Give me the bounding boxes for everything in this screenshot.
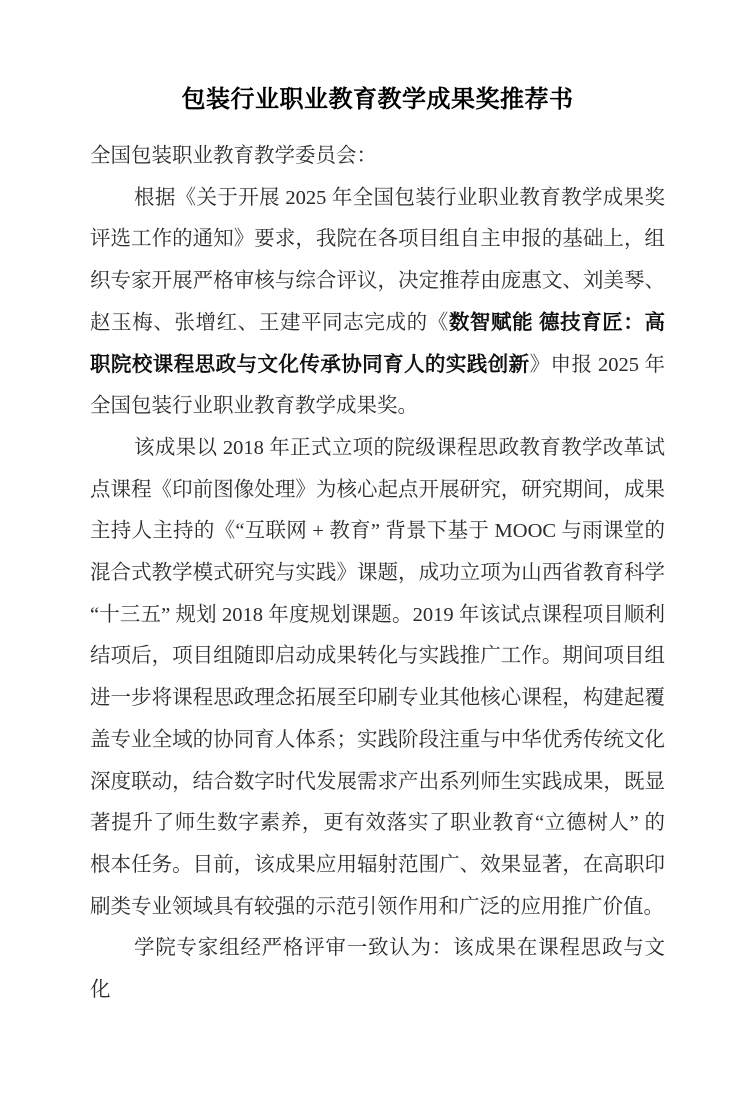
document-page: 包装行业职业教育教学成果奖推荐书 全国包装职业教育教学委员会： 根据《关于开展 … (0, 0, 750, 1104)
document-title: 包装行业职业教育教学成果奖推荐书 (90, 82, 665, 118)
paragraph-achievement-description: 该成果以 2018 年正式立项的院级课程思政教育教学改革试点课程《印前图像处理》… (90, 428, 665, 928)
paragraph-recommendation: 根据《关于开展 2025 年全国包装行业职业教育教学成果奖评选工作的通知》要求，… (90, 178, 665, 428)
paragraph-expert-review: 学院专家组经严格评审一致认为：该成果在课程思政与文化 (90, 928, 665, 1011)
document-body: 全国包装职业教育教学委员会： 根据《关于开展 2025 年全国包装行业职业教育教… (90, 136, 665, 1012)
document-content: 包装行业职业教育教学成果奖推荐书 全国包装职业教育教学委员会： 根据《关于开展 … (90, 0, 665, 1012)
salutation-line: 全国包装职业教育教学委员会： (90, 136, 665, 178)
